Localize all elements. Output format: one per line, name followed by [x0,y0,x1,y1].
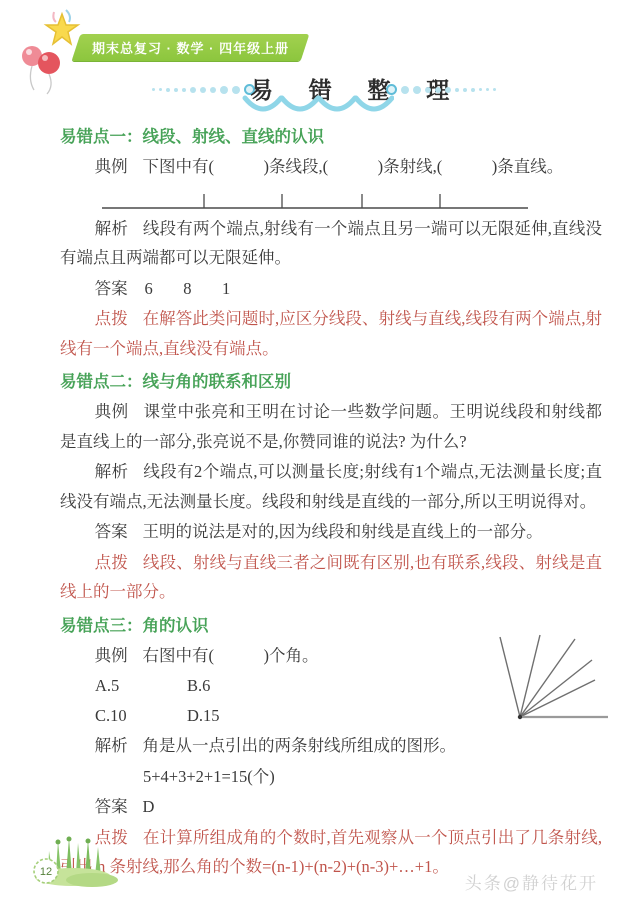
option-d: D.15 [187,701,279,731]
title-row: 易 错 整 理 [0,66,640,118]
textbook-page: 期末总复习 · 数学 · 四年级上册 易 错 整 理 易错点一：线段、射线、直线… [0,0,640,898]
analysis-paragraph: 解析线段有2个端点,可以测量长度;射线有1个端点,无法测量长度;直线没有端点,无… [60,457,602,516]
section-mistake-point-2: 易错点二：线与角的联系和区别 典例课堂中张亮和王明在讨论一些数学问题。王明说线段… [60,369,602,607]
analysis-label: 解析 [95,736,128,755]
chapter-ribbon: 期末总复习 · 数学 · 四年级上册 [72,34,310,61]
tip-label: 点拨 [95,553,128,572]
tip-paragraph: 点拨在解答此类问题时,应区分线段、射线与直线,线段有两个端点,射线有一个端点,直… [60,304,602,363]
section-mistake-point-3: 易错点三：角的认识 典例右图中有( )个角。 A.5 B.6 C.10 D.15 [60,613,602,882]
example-label: 典例 [95,402,129,421]
example-text: 课堂中张亮和王明在讨论一些数学问题。王明说线段和射线都是直线上的一部分,张亮说不… [60,402,602,451]
number-line-figure [100,186,530,212]
analysis-text: 角是从一点引出的两条射线所组成的图形。 [142,736,456,755]
answer-text: 王明的说法是对的,因为线段和射线是直线上的一部分。 [142,522,542,541]
tip-text: 线段、射线与直线三者之间既有区别,也有联系,线段、射线是直线上的一部分。 [60,553,602,602]
example-text: 下图中有( )条线段,( )条射线,( )条直线。 [142,157,563,176]
page-number: 12 [40,866,52,878]
analysis-label: 解析 [95,219,128,238]
example-text: 右图中有( )个角。 [142,646,318,665]
ribbon-label: 期末总复习 · 数学 · 四年级上册 [92,38,289,57]
analysis-text: 线段有2个端点,可以测量长度;射线有1个端点,无法测量长度;直线没有端点,无法测… [60,462,602,511]
answer-paragraph: 答案6 8 1 [60,274,602,304]
analysis-paragraph: 解析线段有两个端点,射线有一个端点且另一端可以无限延伸,直线没有端点且两端都可以… [60,214,602,273]
option-b: B.6 [187,671,279,701]
answer-label: 答案 [95,522,128,541]
analysis-paragraph: 解析角是从一点引出的两条射线所组成的图形。 [60,731,602,761]
example-paragraph: 典例下图中有( )条线段,( )条射线,( )条直线。 [60,152,602,182]
analysis-label: 解析 [95,462,129,481]
option-c: C.10 [95,701,187,731]
tip-label: 点拨 [95,309,128,328]
example-label: 典例 [95,646,128,665]
answer-label: 答案 [95,279,128,298]
formula-line: 5+4+3+2+1=15(个) [143,762,602,792]
section-mistake-point-1: 易错点一：线段、射线、直线的认识 典例下图中有( )条线段,( )条射线,( )… [60,124,602,363]
tip-text: 在解答此类问题时,应区分线段、射线与直线,线段有两个端点,射线有一个端点,直线没… [60,309,602,358]
section-heading: 易错点二：线与角的联系和区别 [60,369,602,395]
example-paragraph: 典例课堂中张亮和王明在讨论一些数学问题。王明说线段和射线都是直线上的一部分,张亮… [60,397,602,456]
tip-paragraph: 点拨线段、射线与直线三者之间既有区别,也有联系,线段、射线是直线上的一部分。 [60,548,602,607]
dots-decoration-left [150,84,257,95]
page-content: 易错点一：线段、射线、直线的认识 典例下图中有( )条线段,( )条射线,( )… [0,124,640,882]
dots-decoration-right [384,84,498,95]
analysis-text: 线段有两个端点,射线有一个端点且另一端可以无限延伸,直线没有端点且两端都可以无限… [60,219,602,268]
page-header: 期末总复习 · 数学 · 四年级上册 [0,0,640,66]
answer-text: D [142,797,154,816]
option-a: A.5 [95,671,187,701]
star-icon [46,14,78,44]
watermark-text: 头条@静待花开 [465,869,598,894]
answer-text: 6 8 1 [144,279,237,298]
grass-decoration: 12 [28,833,123,888]
angle-rays-figure [468,633,608,721]
wave-underline-icon [242,94,394,118]
answer-paragraph: 答案王明的说法是对的,因为线段和射线是直线上的一部分。 [60,517,602,547]
answer-label: 答案 [95,797,128,816]
example-label: 典例 [95,157,128,176]
answer-paragraph: 答案D [60,792,602,822]
section-heading: 易错点一：线段、射线、直线的认识 [60,124,602,150]
